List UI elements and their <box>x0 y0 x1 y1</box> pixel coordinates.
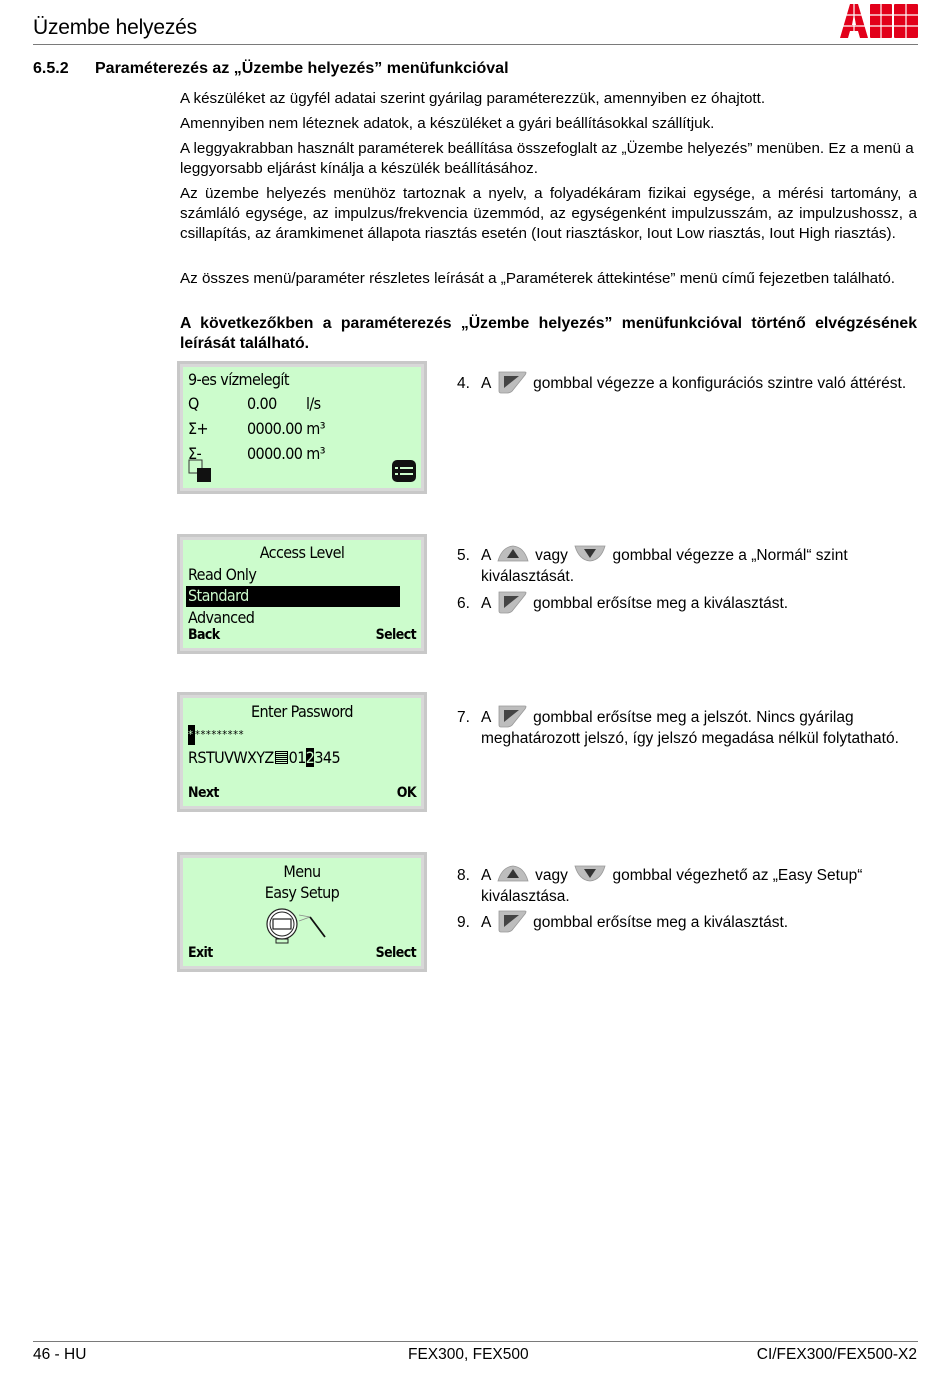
password-field: ********** <box>188 724 244 746</box>
transmitter-wand-icon <box>265 907 327 945</box>
up-key-icon <box>497 865 529 882</box>
password-mask: ********* <box>195 728 244 741</box>
paragraph: A leggyakrabban használt paraméterek beá… <box>180 139 917 179</box>
space-symbol-icon <box>275 751 288 764</box>
softkey-exit: Exit <box>188 942 213 964</box>
enter-key-icon <box>497 704 527 728</box>
step-9: 9. A gombbal erősítse meg a kiválasztást… <box>457 912 927 933</box>
paragraph: Az üzembe helyezés menühöz tartoznak a n… <box>180 184 917 244</box>
step-text: gombbal erősítse meg a kiválasztást. <box>533 914 788 931</box>
step-text: A <box>481 375 490 392</box>
lcd-value: 0.00 <box>247 394 277 413</box>
softkey-back: Back <box>188 624 220 646</box>
lcd-unit: m³ <box>306 419 325 438</box>
lcd-menu-line: Menu <box>183 861 421 883</box>
step-text: A <box>481 547 490 564</box>
paragraph: Az összes menü/paraméter részletes leírá… <box>180 269 917 289</box>
step-number: 4. <box>457 373 470 394</box>
step-text: A <box>481 867 490 884</box>
softkey-select: Select <box>376 942 416 964</box>
charset-digits: 01 <box>289 748 306 767</box>
lcd-value: 0000.00 <box>247 419 302 438</box>
step-text: gombbal végezze a konfigurációs szintre … <box>533 375 906 392</box>
character-selector: RSTUVWXYZ012345 <box>188 747 340 769</box>
enter-key-icon <box>497 590 527 614</box>
step-text: vagy <box>535 867 568 884</box>
section-number: 6.5.2 <box>33 60 95 78</box>
lcd-title: 9-es vízmelegít <box>188 369 289 391</box>
lcd-option: Read Only <box>188 564 256 586</box>
charset-digits: 345 <box>314 748 340 767</box>
lcd-option: Standard <box>188 585 249 607</box>
enter-key-icon <box>497 370 527 394</box>
paragraph: A készüléket az ügyfél adatai szerint gy… <box>180 89 917 109</box>
step-4: 4. A gombbal végezze a konfigurációs szi… <box>457 373 927 394</box>
step-text: A <box>481 709 490 726</box>
footer-page-number: 46 - HU <box>33 1346 86 1364</box>
lcd-access-level: Access Level Read Only Standard Advanced… <box>177 534 427 654</box>
step-number: 7. <box>457 707 470 728</box>
lcd-menu-easy-setup: Menu Easy Setup Exit Select <box>177 852 427 972</box>
footer-divider <box>33 1341 918 1342</box>
enter-key-icon <box>497 909 527 933</box>
up-key-icon <box>497 545 529 562</box>
footer-doc-id: CI/FEX300/FEX500-X2 <box>757 1346 917 1364</box>
step-8: 8. A vagy gombbal végezhető az „Easy Set… <box>457 865 927 907</box>
step-text: gombbal erősítse meg a jelszót. Nincs gy… <box>481 709 899 747</box>
lcd-title: Access Level <box>183 542 421 564</box>
lcd-enter-password: Enter Password ********** RSTUVWXYZ01234… <box>177 692 427 812</box>
footer-product: FEX300, FEX500 <box>408 1346 529 1364</box>
section-heading: 6.5.2Paraméterezés az „Üzembe helyezés” … <box>33 60 509 78</box>
step-7: 7. A gombbal erősítse meg a jelszót. Nin… <box>457 707 927 749</box>
step-number: 5. <box>457 545 470 566</box>
softkey-ok: OK <box>397 782 416 804</box>
step-6: 6. A gombbal erősítse meg a kiválasztást… <box>457 593 927 614</box>
lcd-value: 0000.00 <box>247 444 302 463</box>
lcd-label: Σ+ <box>188 419 208 438</box>
lcd-unit: l/s <box>306 394 321 413</box>
step-number: 8. <box>457 865 470 886</box>
softkey-select: Select <box>376 624 416 646</box>
page-title: Üzembe helyezés <box>33 16 197 40</box>
header-divider <box>33 44 918 45</box>
lcd-label: Q <box>188 394 199 413</box>
lcd-menu-title: Easy Setup <box>183 882 421 904</box>
down-key-icon <box>574 545 606 562</box>
password-cursor: * <box>188 725 195 745</box>
lcd-unit: m³ <box>306 444 325 463</box>
lcd-process-display: 9-es vízmelegít Q 0.00 l/s Σ+ 0000.00 m³… <box>177 361 427 494</box>
abb-logo <box>840 4 918 38</box>
section-title: Paraméterezés az „Üzembe helyezés” menüf… <box>95 60 509 77</box>
paragraph-bold: A következőkben a paraméterezés „Üzembe … <box>180 314 917 354</box>
paragraph: Amennyiben nem léteznek adatok, a készül… <box>180 114 917 134</box>
display-switch-icon <box>188 459 212 483</box>
down-key-icon <box>574 865 606 882</box>
step-5: 5. A vagy gombbal végezze a „Normál“ szi… <box>457 545 927 587</box>
charset-letters: RSTUVWXYZ <box>188 748 274 767</box>
step-number: 6. <box>457 593 470 614</box>
step-text: vagy <box>535 547 568 564</box>
softkey-next: Next <box>188 782 219 804</box>
lcd-title: Enter Password <box>183 701 421 723</box>
menu-icon <box>392 460 416 482</box>
step-text: A <box>481 914 490 931</box>
step-number: 9. <box>457 912 470 933</box>
step-text: gombbal erősítse meg a kiválasztást. <box>533 595 788 612</box>
step-text: A <box>481 595 490 612</box>
